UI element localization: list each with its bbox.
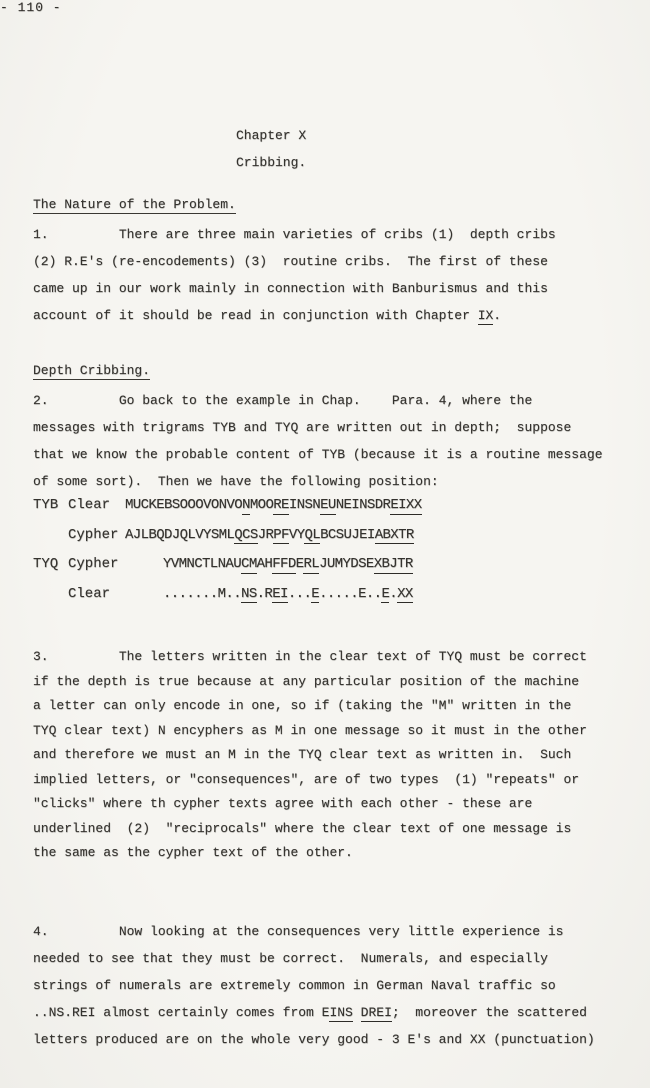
cipher-row-tyq-clear: Clear .......M..NS.REI...E.....E..E.XX	[33, 586, 593, 616]
paragraph-4: 4. Now looking at the consequences very …	[33, 918, 595, 1053]
cipher-text: MUCKEBSOOOVONVONMOOREINSNEUNEINSDREIXX	[125, 497, 422, 513]
text-line: (2) R.E's (re-encodements) (3) routine c…	[33, 248, 556, 275]
cipher-text: AJLBQDJQLVYSMLQCSJRPFVYQLBCSUJEIABXTR	[125, 527, 414, 543]
text-type-label: Cypher	[68, 527, 118, 543]
text-line: letters produced are on the whole very g…	[33, 1026, 595, 1053]
text-line: account of it should be read in conjunct…	[33, 302, 556, 329]
text-line: "clicks" where th cypher texts agree wit…	[33, 792, 587, 817]
text-line: of some sort). Then we have the followin…	[33, 468, 603, 495]
cipher-text: YVMNCTLNAUCMAHFFDERLJUMYDSEXBJTR	[163, 556, 413, 572]
cipher-row-tyb-clear: TYB Clear MUCKEBSOOOVONVONMOOREINSNEUNEI…	[33, 497, 593, 527]
cipher-row-tyq-cypher: TYQ Cypher YVMNCTLNAUCMAHFFDERLJUMYDSEXB…	[33, 556, 593, 586]
text-line: 1. There are three main varieties of cri…	[33, 221, 556, 248]
text-line: strings of numerals are extremely common…	[33, 972, 595, 999]
text-line: 3. The letters written in the clear text…	[33, 645, 587, 670]
chapter-heading: Chapter X Cribbing.	[236, 122, 306, 176]
document-page: - 110 - Chapter X Cribbing. The Nature o…	[0, 0, 650, 1088]
text-line: the same as the cypher text of the other…	[33, 841, 587, 866]
paragraph-2: 2. Go back to the example in Chap. Para.…	[33, 387, 603, 495]
section-heading-nature-of-problem: The Nature of the Problem.	[33, 195, 236, 213]
text-line: and therefore we must an M in the TYQ cl…	[33, 743, 587, 768]
text-line: a letter can only encode in one, so if (…	[33, 694, 587, 719]
paragraph-1: 1. There are three main varieties of cri…	[33, 221, 556, 329]
section-heading-depth-cribbing: Depth Cribbing.	[33, 361, 150, 379]
chapter-number: Chapter X	[236, 122, 306, 149]
message-trigram-label: TYB	[33, 497, 58, 513]
cipher-row-tyb-cypher: Cypher AJLBQDJQLVYSMLQCSJRPFVYQLBCSUJEIA…	[33, 527, 593, 557]
cipher-text: .......M..NS.REI...E.....E..E.XX	[163, 586, 413, 602]
text-line: came up in our work mainly in connection…	[33, 275, 556, 302]
page-number: - 110 -	[0, 0, 650, 15]
text-type-label: Clear	[68, 586, 110, 602]
text-line: TYQ clear text) N encyphers as M in one …	[33, 719, 587, 744]
text-line-crib-consequence: ..NS.REI almost certainly comes from EIN…	[33, 999, 595, 1026]
text-line: needed to see that they must be correct.…	[33, 945, 595, 972]
text-line: if the depth is true because at any part…	[33, 670, 587, 695]
text-line: 2. Go back to the example in Chap. Para.…	[33, 387, 603, 414]
text-type-label: Clear	[68, 497, 110, 513]
paragraph-3: 3. The letters written in the clear text…	[33, 645, 587, 866]
text-line: underlined (2) "reciprocals" where the c…	[33, 817, 587, 842]
cipher-depth-table: TYB Clear MUCKEBSOOOVONVONMOOREINSNEUNEI…	[33, 497, 593, 615]
text-line: 4. Now looking at the consequences very …	[33, 918, 595, 945]
chapter-title: Cribbing.	[236, 149, 306, 176]
text-line: implied letters, or "consequences", are …	[33, 768, 587, 793]
text-line: that we know the probable content of TYB…	[33, 441, 603, 468]
text-line: messages with trigrams TYB and TYQ are w…	[33, 414, 603, 441]
text-type-label: Cypher	[68, 556, 118, 572]
message-trigram-label: TYQ	[33, 556, 58, 572]
